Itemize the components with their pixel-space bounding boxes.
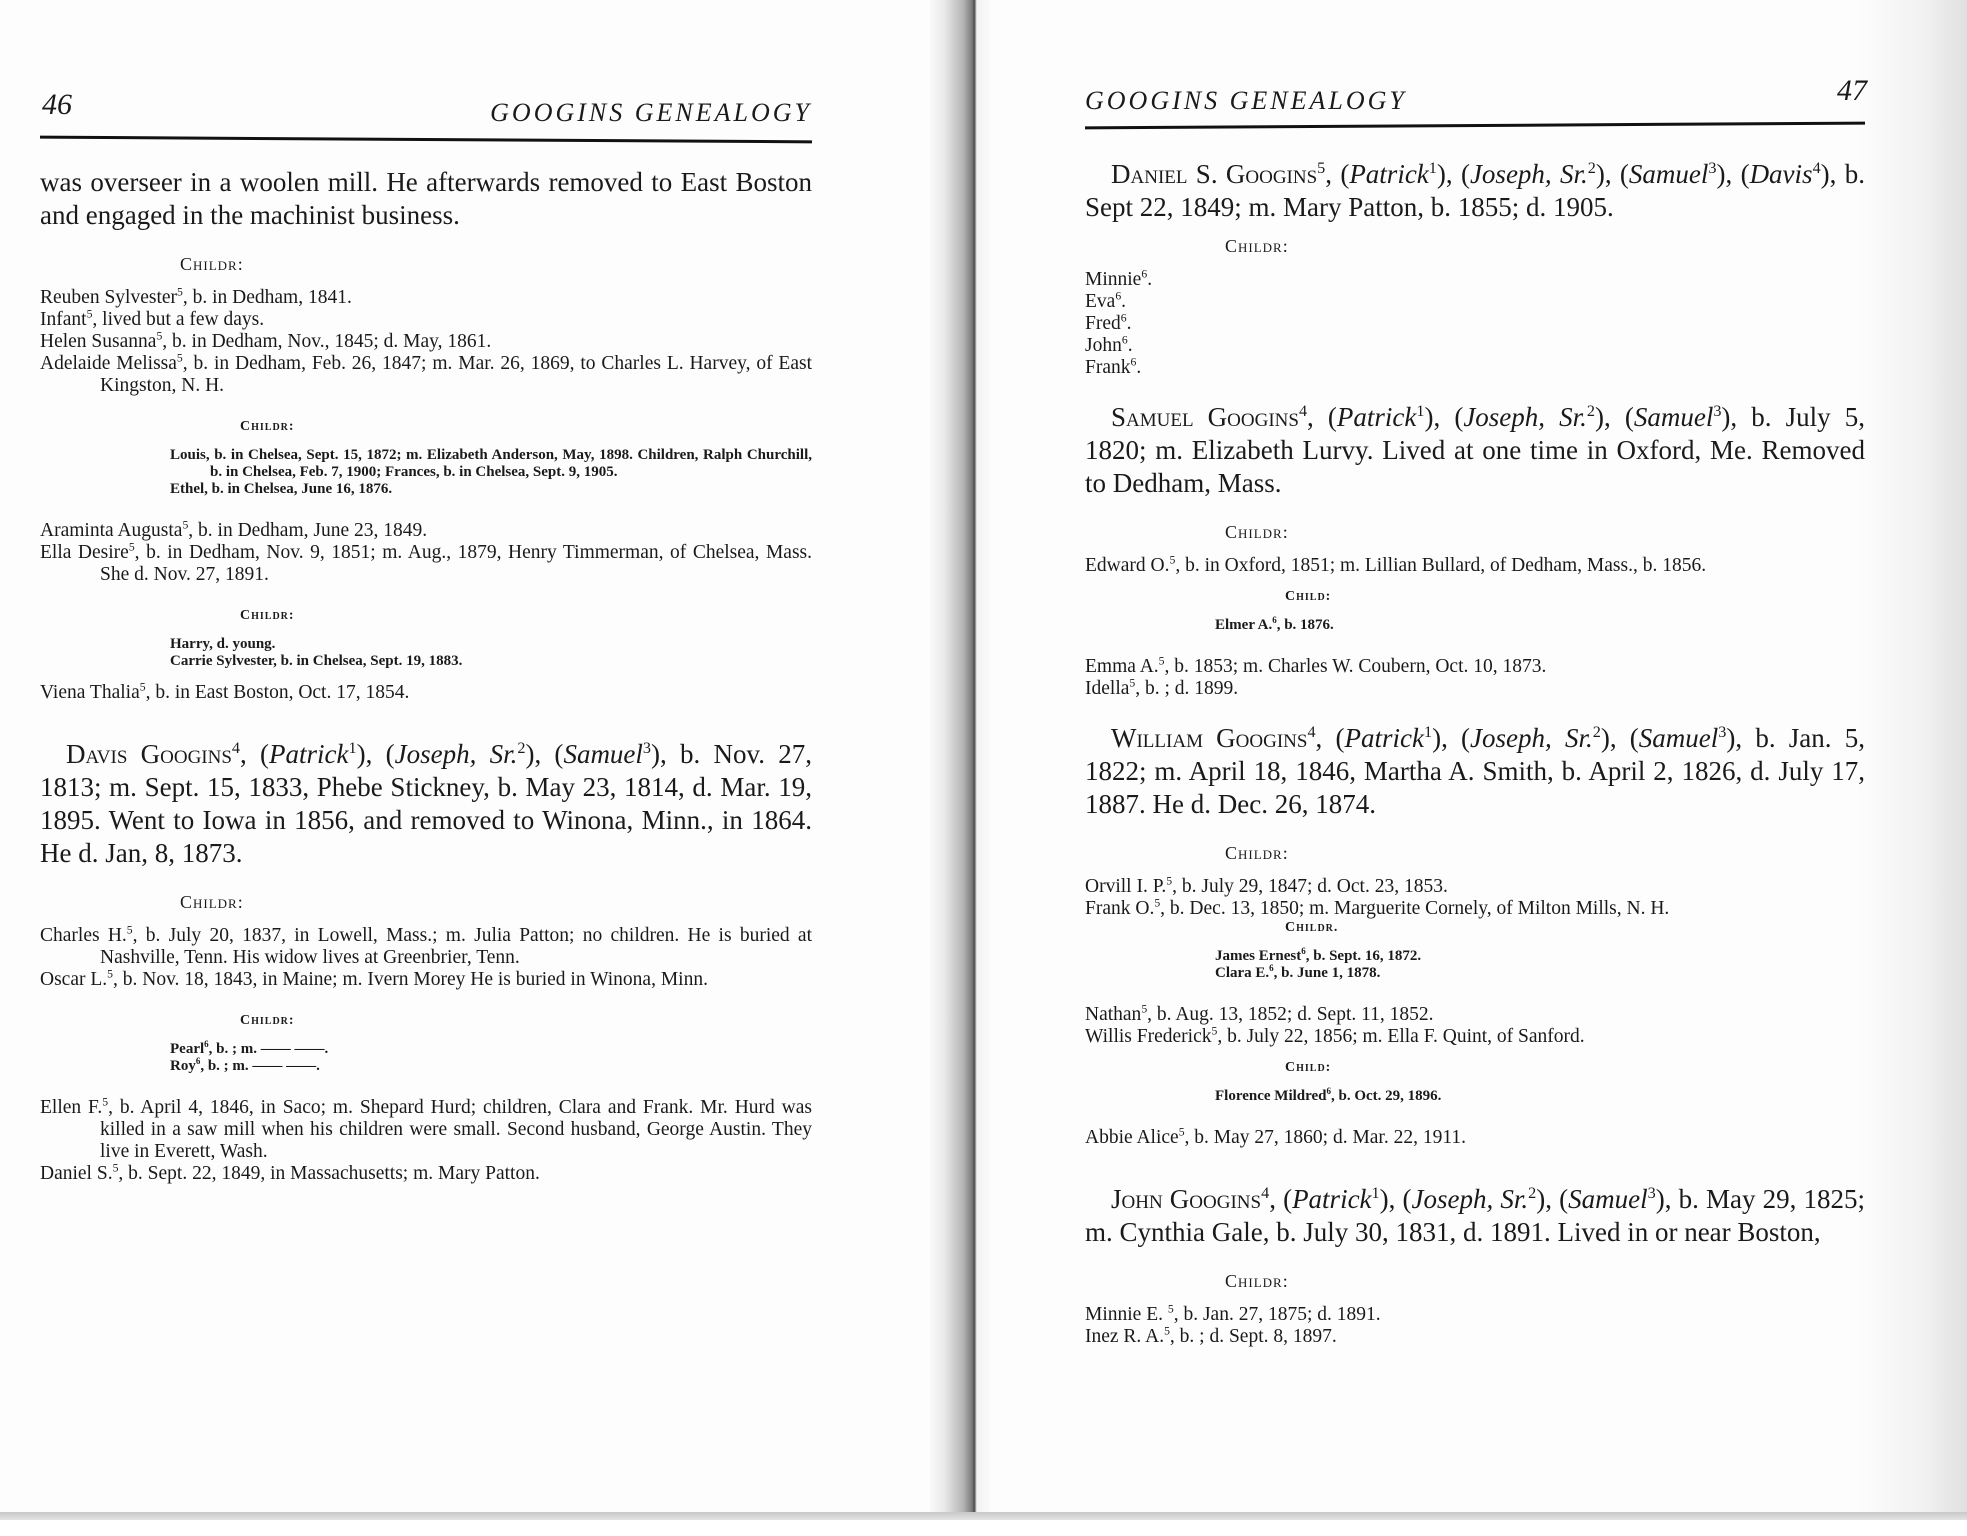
person-details: , b. June 1, 1878.: [1274, 965, 1381, 981]
childr-heading: Childr:: [180, 254, 812, 275]
person-details: , b. in Dedham, Nov., 1845; d. May, 1861…: [162, 331, 491, 352]
person-details: .: [1127, 313, 1132, 334]
generation-number: 4: [1813, 159, 1821, 177]
page-number: 47: [1837, 74, 1867, 108]
person-entry: Fred6.: [1085, 313, 1865, 335]
person-name: Oscar L.: [40, 969, 107, 990]
person-entry: Frank6.: [1085, 357, 1865, 379]
ancestor-name: Samuel: [1639, 723, 1718, 753]
childr-subheading: Childr:: [240, 608, 812, 624]
ancestor-name: Joseph, Sr.: [1470, 159, 1588, 189]
person-details: , b. 1853; m. Charles W. Coubern, Oct. 1…: [1165, 656, 1547, 677]
person-name: Elmer A.: [1215, 617, 1272, 633]
generation-number: 1: [349, 739, 357, 757]
person-entry: Charles H.5, b. July 20, 1837, in Lowell…: [40, 925, 812, 969]
scan-bottom-edge: [0, 1512, 1967, 1520]
person-entry: Pearl6, b. ; m. —— ——.: [170, 1041, 812, 1058]
generation-number: 1: [1372, 1184, 1380, 1202]
person-entry: Emma A.5, b. 1853; m. Charles W. Coubern…: [1085, 656, 1865, 678]
ancestor-name: Joseph, Sr.: [1470, 723, 1593, 753]
ancestor-name: Joseph, Sr.: [1463, 402, 1587, 432]
person-name: Adelaide Melissa: [40, 353, 177, 374]
person-entry: Daniel S.5, b. Sept. 22, 1849, in Massac…: [40, 1163, 812, 1185]
person-entry: Infant5, lived but a few days.: [40, 309, 812, 331]
person-name: Pearl: [170, 1041, 204, 1057]
person-entry: Frank O.5, b. Dec. 13, 1850; m. Margueri…: [1085, 898, 1865, 920]
grandchildren-list: Pearl6, b. ; m. —— ——.Roy6, b. ; m. —— —…: [40, 1041, 812, 1075]
person-entry: Idella5, b. ; d. 1899.: [1085, 678, 1865, 700]
grandchildren-list: Florence Mildred6, b. Oct. 29, 1896.: [1085, 1088, 1865, 1105]
person-entry: Araminta Augusta5, b. in Dedham, June 23…: [40, 520, 812, 542]
children-list: Viena Thalia5, b. in East Boston, Oct. 1…: [40, 682, 812, 704]
generation-number: 2: [1588, 159, 1596, 177]
grandchildren-list: Harry, d. young.Carrie Sylvester, b. in …: [40, 636, 812, 670]
person-name: James Ernest: [1215, 948, 1301, 964]
family-entry-william: William Googins4, (Patrick1), (Joseph, S…: [1085, 722, 1865, 821]
children-list: Charles H.5, b. July 20, 1837, in Lowell…: [40, 925, 812, 991]
ancestor-name: Patrick: [1292, 1184, 1371, 1214]
person-name: Infant: [40, 309, 87, 330]
person-details: , b. May 27, 1860; d. Mar. 22, 1911.: [1185, 1127, 1466, 1148]
header-rule: [1085, 122, 1865, 130]
person-entry: Minnie6.: [1085, 269, 1865, 291]
head-of-family-name: William Googins: [1111, 723, 1307, 753]
generation-number: 4: [1261, 1184, 1269, 1202]
person-name: Minnie E.: [1085, 1304, 1168, 1325]
ancestor-name: Samuel: [1568, 1184, 1647, 1214]
person-name: Eva: [1085, 291, 1115, 312]
ancestor-name: Patrick: [269, 739, 348, 769]
person-name: Araminta Augusta: [40, 520, 182, 541]
person-details: .: [1147, 269, 1152, 290]
person-entry: James Ernest6, b. Sept. 16, 1872.: [1215, 948, 1865, 965]
person-name: Charles H.: [40, 925, 127, 946]
generation-number: 1: [1416, 402, 1424, 420]
person-name: Fred: [1085, 313, 1121, 334]
children-list: Minnie6.Eva6.Fred6.John6.Frank6.: [1085, 269, 1865, 379]
person-entry: Carrie Sylvester, b. in Chelsea, Sept. 1…: [170, 653, 812, 670]
right-page: GOOGINS GENEALOGY 47 Daniel S. Googins5,…: [1085, 0, 1865, 150]
head-of-family-name: Samuel Googins: [1111, 402, 1299, 432]
generation-number: 5: [1317, 159, 1325, 177]
generation-number: 3: [1713, 402, 1721, 420]
person-name: Roy: [170, 1058, 196, 1074]
person-entry: Reuben Sylvester5, b. in Dedham, 1841.: [40, 287, 812, 309]
ancestor-name: Samuel: [1629, 159, 1708, 189]
person-entry: Ella Desire5, b. in Dedham, Nov. 9, 1851…: [40, 542, 812, 586]
person-entry: Adelaide Melissa5, b. in Dedham, Feb. 26…: [40, 353, 812, 397]
person-entry: Abbie Alice5, b. May 27, 1860; d. Mar. 2…: [1085, 1127, 1865, 1149]
person-entry: Elmer A.6, b. 1876.: [1215, 617, 1865, 634]
person-details: , b. Jan. 27, 1875; d. 1891.: [1174, 1304, 1381, 1325]
person-name: John: [1085, 335, 1122, 356]
person-entry: Eva6.: [1085, 291, 1865, 313]
generation-number: 1: [1424, 723, 1432, 741]
person-entry: Harry, d. young.: [170, 636, 812, 653]
person-name: Reuben Sylvester: [40, 287, 177, 308]
family-entry-john: John Googins4, (Patrick1), (Joseph, Sr.2…: [1085, 1183, 1865, 1249]
person-details: , b. ; m. —— ——.: [200, 1058, 320, 1074]
generation-number: 2: [1528, 1184, 1536, 1202]
person-name: Edward O.: [1085, 555, 1169, 576]
person-name: Inez R. A.: [1085, 1326, 1164, 1347]
person-entry: Clara E.6, b. June 1, 1878.: [1215, 965, 1865, 982]
header-rule: [40, 136, 812, 144]
person-details: , b. Aug. 13, 1852; d. Sept. 11, 1852.: [1147, 1004, 1433, 1025]
running-title: GOOGINS GENEALOGY: [1085, 86, 1407, 116]
person-details: , b. in Oxford, 1851; m. Lillian Bullard…: [1175, 555, 1706, 576]
person-details: , b. in Dedham, Feb. 26, 1847; m. Mar. 2…: [100, 353, 812, 396]
running-head: GOOGINS GENEALOGY 47: [1085, 0, 1865, 150]
person-details: .: [1121, 291, 1126, 312]
head-of-family-name: Daniel S. Googins: [1111, 159, 1317, 189]
person-entry: Inez R. A.5, b. ; d. Sept. 8, 1897.: [1085, 1326, 1865, 1348]
ancestor-name: Davis: [1750, 159, 1813, 189]
children-list: Reuben Sylvester5, b. in Dedham, 1841.In…: [40, 287, 812, 397]
grandchildren-list: Elmer A.6, b. 1876.: [1085, 617, 1865, 634]
childr-heading: Childr:: [1225, 522, 1865, 543]
family-entry-daniel: Daniel S. Googins5, (Patrick1), (Joseph,…: [1085, 158, 1865, 224]
generation-number: 2: [517, 739, 525, 757]
childr-heading: Childr:: [1225, 236, 1865, 257]
person-details: , b. Nov. 18, 1843, in Maine; m. Ivern M…: [113, 969, 708, 990]
generation-number: 2: [1587, 402, 1595, 420]
person-name: Emma A.: [1085, 656, 1159, 677]
person-details: , b. ; d. Sept. 8, 1897.: [1170, 1326, 1337, 1347]
ancestor-name: Patrick: [1345, 723, 1424, 753]
family-entry-samuel: Samuel Googins4, (Patrick1), (Joseph, Sr…: [1085, 401, 1865, 500]
running-title: GOOGINS GENEALOGY: [490, 98, 812, 128]
children-list: Emma A.5, b. 1853; m. Charles W. Coubern…: [1085, 656, 1865, 700]
person-details: , b. Sept. 16, 1872.: [1306, 948, 1421, 964]
person-entry: John6.: [1085, 335, 1865, 357]
childr-subheading: Childr.: [1285, 920, 1865, 936]
person-details: .: [1136, 357, 1141, 378]
person-entry: Nathan5, b. Aug. 13, 1852; d. Sept. 11, …: [1085, 1004, 1865, 1026]
childr-heading: Childr:: [1225, 843, 1865, 864]
generation-number: 4: [1299, 402, 1307, 420]
person-details: , b. July 20, 1837, in Lowell, Mass.; m.…: [100, 925, 812, 968]
person-details: , b. Oct. 29, 1896.: [1331, 1088, 1441, 1104]
person-details: .: [1128, 335, 1133, 356]
person-details: , b. in Dedham, 1841.: [183, 287, 352, 308]
generation-number: 3: [1718, 723, 1726, 741]
person-name: Daniel S.: [40, 1163, 113, 1184]
generation-number: 1: [1429, 159, 1437, 177]
intro-paragraph: was overseer in a woolen mill. He afterw…: [40, 166, 812, 232]
person-name: Abbie Alice: [1085, 1127, 1179, 1148]
generation-number: 4: [1307, 723, 1315, 741]
generation-number: 3: [643, 739, 651, 757]
children-list: Nathan5, b. Aug. 13, 1852; d. Sept. 11, …: [1085, 1004, 1865, 1048]
person-name: Willis Frederick: [1085, 1026, 1211, 1047]
ancestor-name: Joseph, Sr.: [1412, 1184, 1529, 1214]
person-name: Ella Desire: [40, 542, 129, 563]
children-list: Ellen F.5, b. April 4, 1846, in Saco; m.…: [40, 1097, 812, 1185]
ancestor-name: Patrick: [1337, 402, 1416, 432]
person-details: , lived but a few days.: [92, 309, 264, 330]
ancestor-name: Joseph, Sr.: [395, 739, 518, 769]
person-name: Clara E.: [1215, 965, 1269, 981]
person-name: Helen Susanna: [40, 331, 156, 352]
person-entry: Orvill I. P.5, b. July 29, 1847; d. Oct.…: [1085, 876, 1865, 898]
person-details: , b. in East Boston, Oct. 17, 1854.: [146, 682, 410, 703]
person-name: Ellen F.: [40, 1097, 102, 1118]
generation-number: 3: [1708, 159, 1716, 177]
ancestor-name: Patrick: [1349, 159, 1428, 189]
person-details: , b. in Dedham, June 23, 1849.: [188, 520, 427, 541]
person-entry: Oscar L.5, b. Nov. 18, 1843, in Maine; m…: [40, 969, 812, 991]
person-name: Nathan: [1085, 1004, 1141, 1025]
person-name: Idella: [1085, 678, 1129, 699]
left-page: 46 GOOGINS GENEALOGY was overseer in a w…: [40, 0, 812, 150]
children-list: Araminta Augusta5, b. in Dedham, June 23…: [40, 520, 812, 586]
person-entry: Minnie E. 5, b. Jan. 27, 1875; d. 1891.: [1085, 1304, 1865, 1326]
person-name: Frank: [1085, 357, 1131, 378]
childr-heading: Childr:: [180, 892, 812, 913]
generation-number: 2: [1593, 723, 1601, 741]
person-details: , b. July 22, 1856; m. Ella F. Quint, of…: [1217, 1026, 1584, 1047]
person-name: Minnie: [1085, 269, 1141, 290]
page-number: 46: [42, 88, 72, 122]
person-details: , b. Dec. 13, 1850; m. Marguerite Cornel…: [1160, 898, 1669, 919]
person-details: , b. ; m. —— ——.: [209, 1041, 329, 1057]
person-details: , b. in Dedham, Nov. 9, 1851; m. Aug., 1…: [100, 542, 812, 585]
ancestor-name: Samuel: [1634, 402, 1713, 432]
children-list: Edward O.5, b. in Oxford, 1851; m. Lilli…: [1085, 555, 1865, 577]
book-gutter: [930, 0, 990, 1512]
childr-heading: Childr:: [1225, 1271, 1865, 1292]
page-edge-shadow: [1857, 0, 1967, 1512]
right-page-body: Daniel S. Googins5, (Patrick1), (Joseph,…: [1085, 158, 1865, 1348]
person-details: , b. ; d. 1899.: [1135, 678, 1238, 699]
person-entry: Ellen F.5, b. April 4, 1846, in Saco; m.…: [40, 1097, 812, 1163]
child-subheading: Child:: [1285, 1060, 1865, 1076]
person-entry: Roy6, b. ; m. —— ——.: [170, 1058, 812, 1075]
ancestor-name: Samuel: [563, 739, 642, 769]
person-name: Frank O.: [1085, 898, 1154, 919]
head-of-family-name: Davis Googins: [66, 739, 232, 769]
person-entry: Viena Thalia5, b. in East Boston, Oct. 1…: [40, 682, 812, 704]
person-entry: Ethel, b. in Chelsea, June 16, 1876.: [170, 481, 812, 498]
person-details: , b. April 4, 1846, in Saco; m. Shepard …: [100, 1097, 812, 1162]
left-page-body: was overseer in a woolen mill. He afterw…: [40, 166, 812, 1185]
person-details: , b. 1876.: [1277, 617, 1334, 633]
childr-subheading: Childr:: [240, 419, 812, 435]
person-details: , b. Sept. 22, 1849, in Massachusetts; m…: [118, 1163, 539, 1184]
generation-number: 3: [1648, 1184, 1656, 1202]
children-list: Orvill I. P.5, b. July 29, 1847; d. Oct.…: [1085, 876, 1865, 920]
children-list: Abbie Alice5, b. May 27, 1860; d. Mar. 2…: [1085, 1127, 1865, 1149]
person-entry: Florence Mildred6, b. Oct. 29, 1896.: [1215, 1088, 1865, 1105]
running-head: 46 GOOGINS GENEALOGY: [40, 0, 812, 150]
family-entry-davis: Davis Googins4, (Patrick1), (Joseph, Sr.…: [40, 738, 812, 870]
person-name: Florence Mildred: [1215, 1088, 1327, 1104]
children-list: Minnie E. 5, b. Jan. 27, 1875; d. 1891.I…: [1085, 1304, 1865, 1348]
childr-subheading: Childr:: [240, 1013, 812, 1029]
person-entry: Helen Susanna5, b. in Dedham, Nov., 1845…: [40, 331, 812, 353]
person-name: Orvill I. P.: [1085, 876, 1166, 897]
person-entry: Edward O.5, b. in Oxford, 1851; m. Lilli…: [1085, 555, 1865, 577]
head-of-family-name: John Googins: [1111, 1184, 1261, 1214]
grandchildren-list: James Ernest6, b. Sept. 16, 1872.Clara E…: [1085, 948, 1865, 982]
person-details: , b. July 29, 1847; d. Oct. 23, 1853.: [1172, 876, 1448, 897]
grandchildren-list: Louis, b. in Chelsea, Sept. 15, 1872; m.…: [40, 447, 812, 498]
person-name: Viena Thalia: [40, 682, 140, 703]
child-subheading: Child:: [1285, 589, 1865, 605]
person-entry: Louis, b. in Chelsea, Sept. 15, 1872; m.…: [170, 447, 812, 481]
person-entry: Willis Frederick5, b. July 22, 1856; m. …: [1085, 1026, 1865, 1048]
generation-number: 4: [232, 739, 240, 757]
